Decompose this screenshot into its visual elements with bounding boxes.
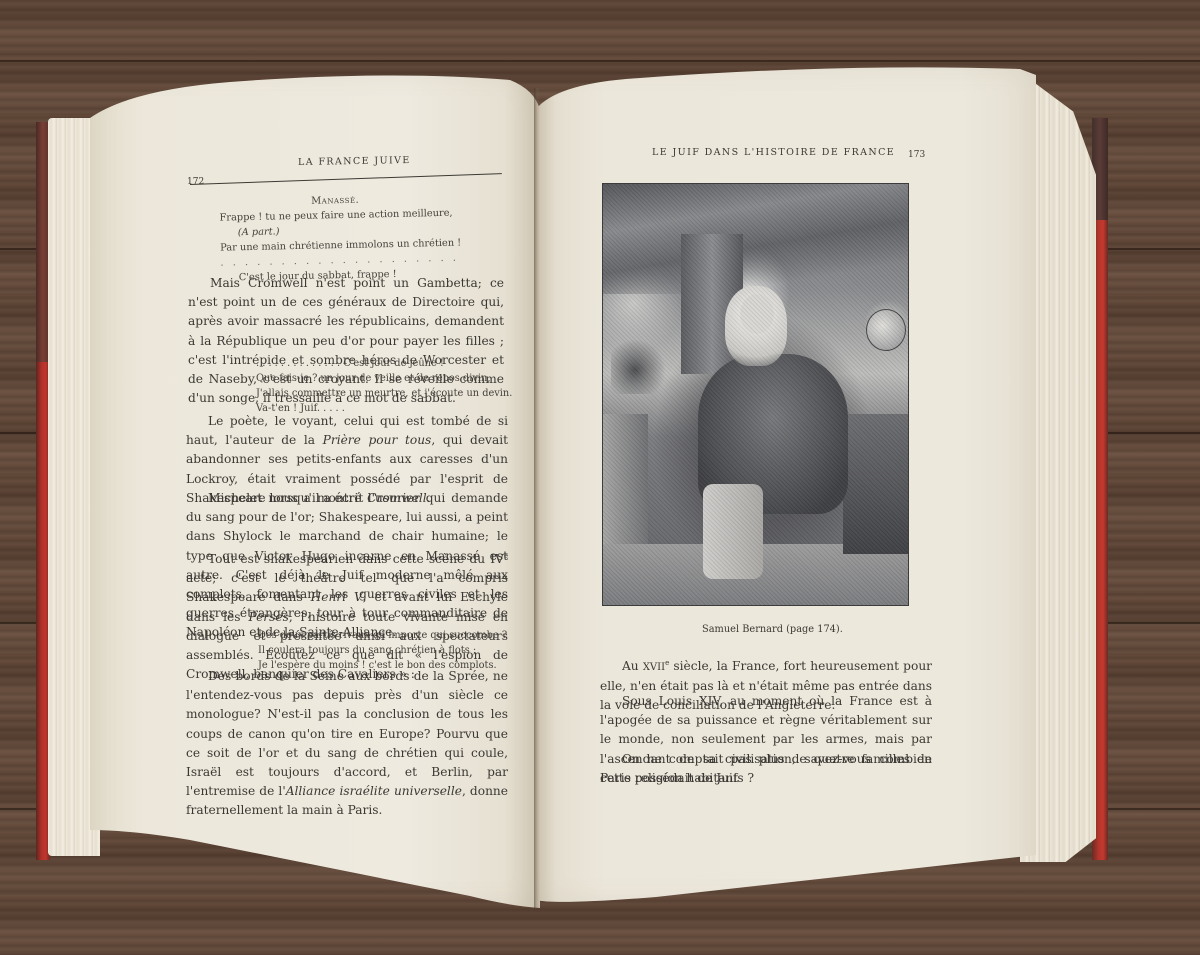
engraving-figure-wig — [725, 286, 787, 366]
left-paragraph-5: Des bords de la Seine aux bords de la Sp… — [186, 667, 508, 821]
verse-line: . . . . . . . . . . . . . . C'est jour d… — [256, 356, 496, 371]
verse-line: J'allais commettre un meurtre, et j'écou… — [256, 386, 496, 401]
book-gutter-shadow — [534, 88, 540, 908]
italic-title: Alliance israélite universelle — [286, 784, 462, 798]
century-smallcaps: XVII — [643, 662, 665, 673]
illustration-caption: Samuel Bernard (page 174). — [702, 624, 843, 635]
engraving-column — [681, 234, 743, 374]
text-run: Tout est shakespearien dans cette scène … — [208, 552, 504, 566]
verse-line: Que fais-je ? un jour de veille et de re… — [256, 371, 496, 386]
engraving-table — [843, 414, 908, 554]
engraving-figure-legs — [703, 484, 763, 579]
left-page-number: 172 — [187, 177, 204, 187]
engraving-floor — [603, 544, 908, 605]
engraving-ships — [611, 334, 671, 394]
verse-line: Des deux partis rivaux qu'importe qui su… — [258, 628, 498, 643]
italic-title: Prière pour tous — [323, 433, 432, 447]
verse-line: Il coulera toujours du sang chrétien à f… — [258, 643, 498, 658]
text-run: Au — [622, 659, 643, 673]
verse-block-jeune: . . . . . . . . . . . . . . C'est jour d… — [256, 356, 496, 416]
engraving-globe — [866, 309, 906, 351]
verse-block-manasse: Manassé. Frappe ! tu ne peux faire une a… — [219, 190, 471, 285]
paragraph-text: On ne comptait pas plus de quatre famill… — [600, 750, 932, 788]
table-plank-seam — [0, 60, 1200, 62]
italic-title: Henri V — [311, 590, 363, 604]
right-page-number: 173 — [908, 150, 925, 160]
engraving-drapery — [603, 184, 908, 294]
text-run: Des bords de la Seine aux bords de la Sp… — [186, 669, 508, 798]
left-running-head: LA FRANCE JUIVE — [298, 155, 411, 168]
engraving-figure-face — [740, 294, 774, 334]
right-paragraph-3: On ne comptait pas plus de quatre famill… — [600, 750, 932, 788]
engraving-portrait — [602, 183, 909, 606]
right-running-head: LE JUIF DANS L'HISTOIRE DE FRANCE — [652, 147, 895, 158]
italic-title: Perses — [248, 610, 288, 624]
engraving-figure-robe — [698, 354, 848, 514]
engraving-balustrade — [603, 414, 648, 554]
superscript: e — [504, 552, 508, 560]
